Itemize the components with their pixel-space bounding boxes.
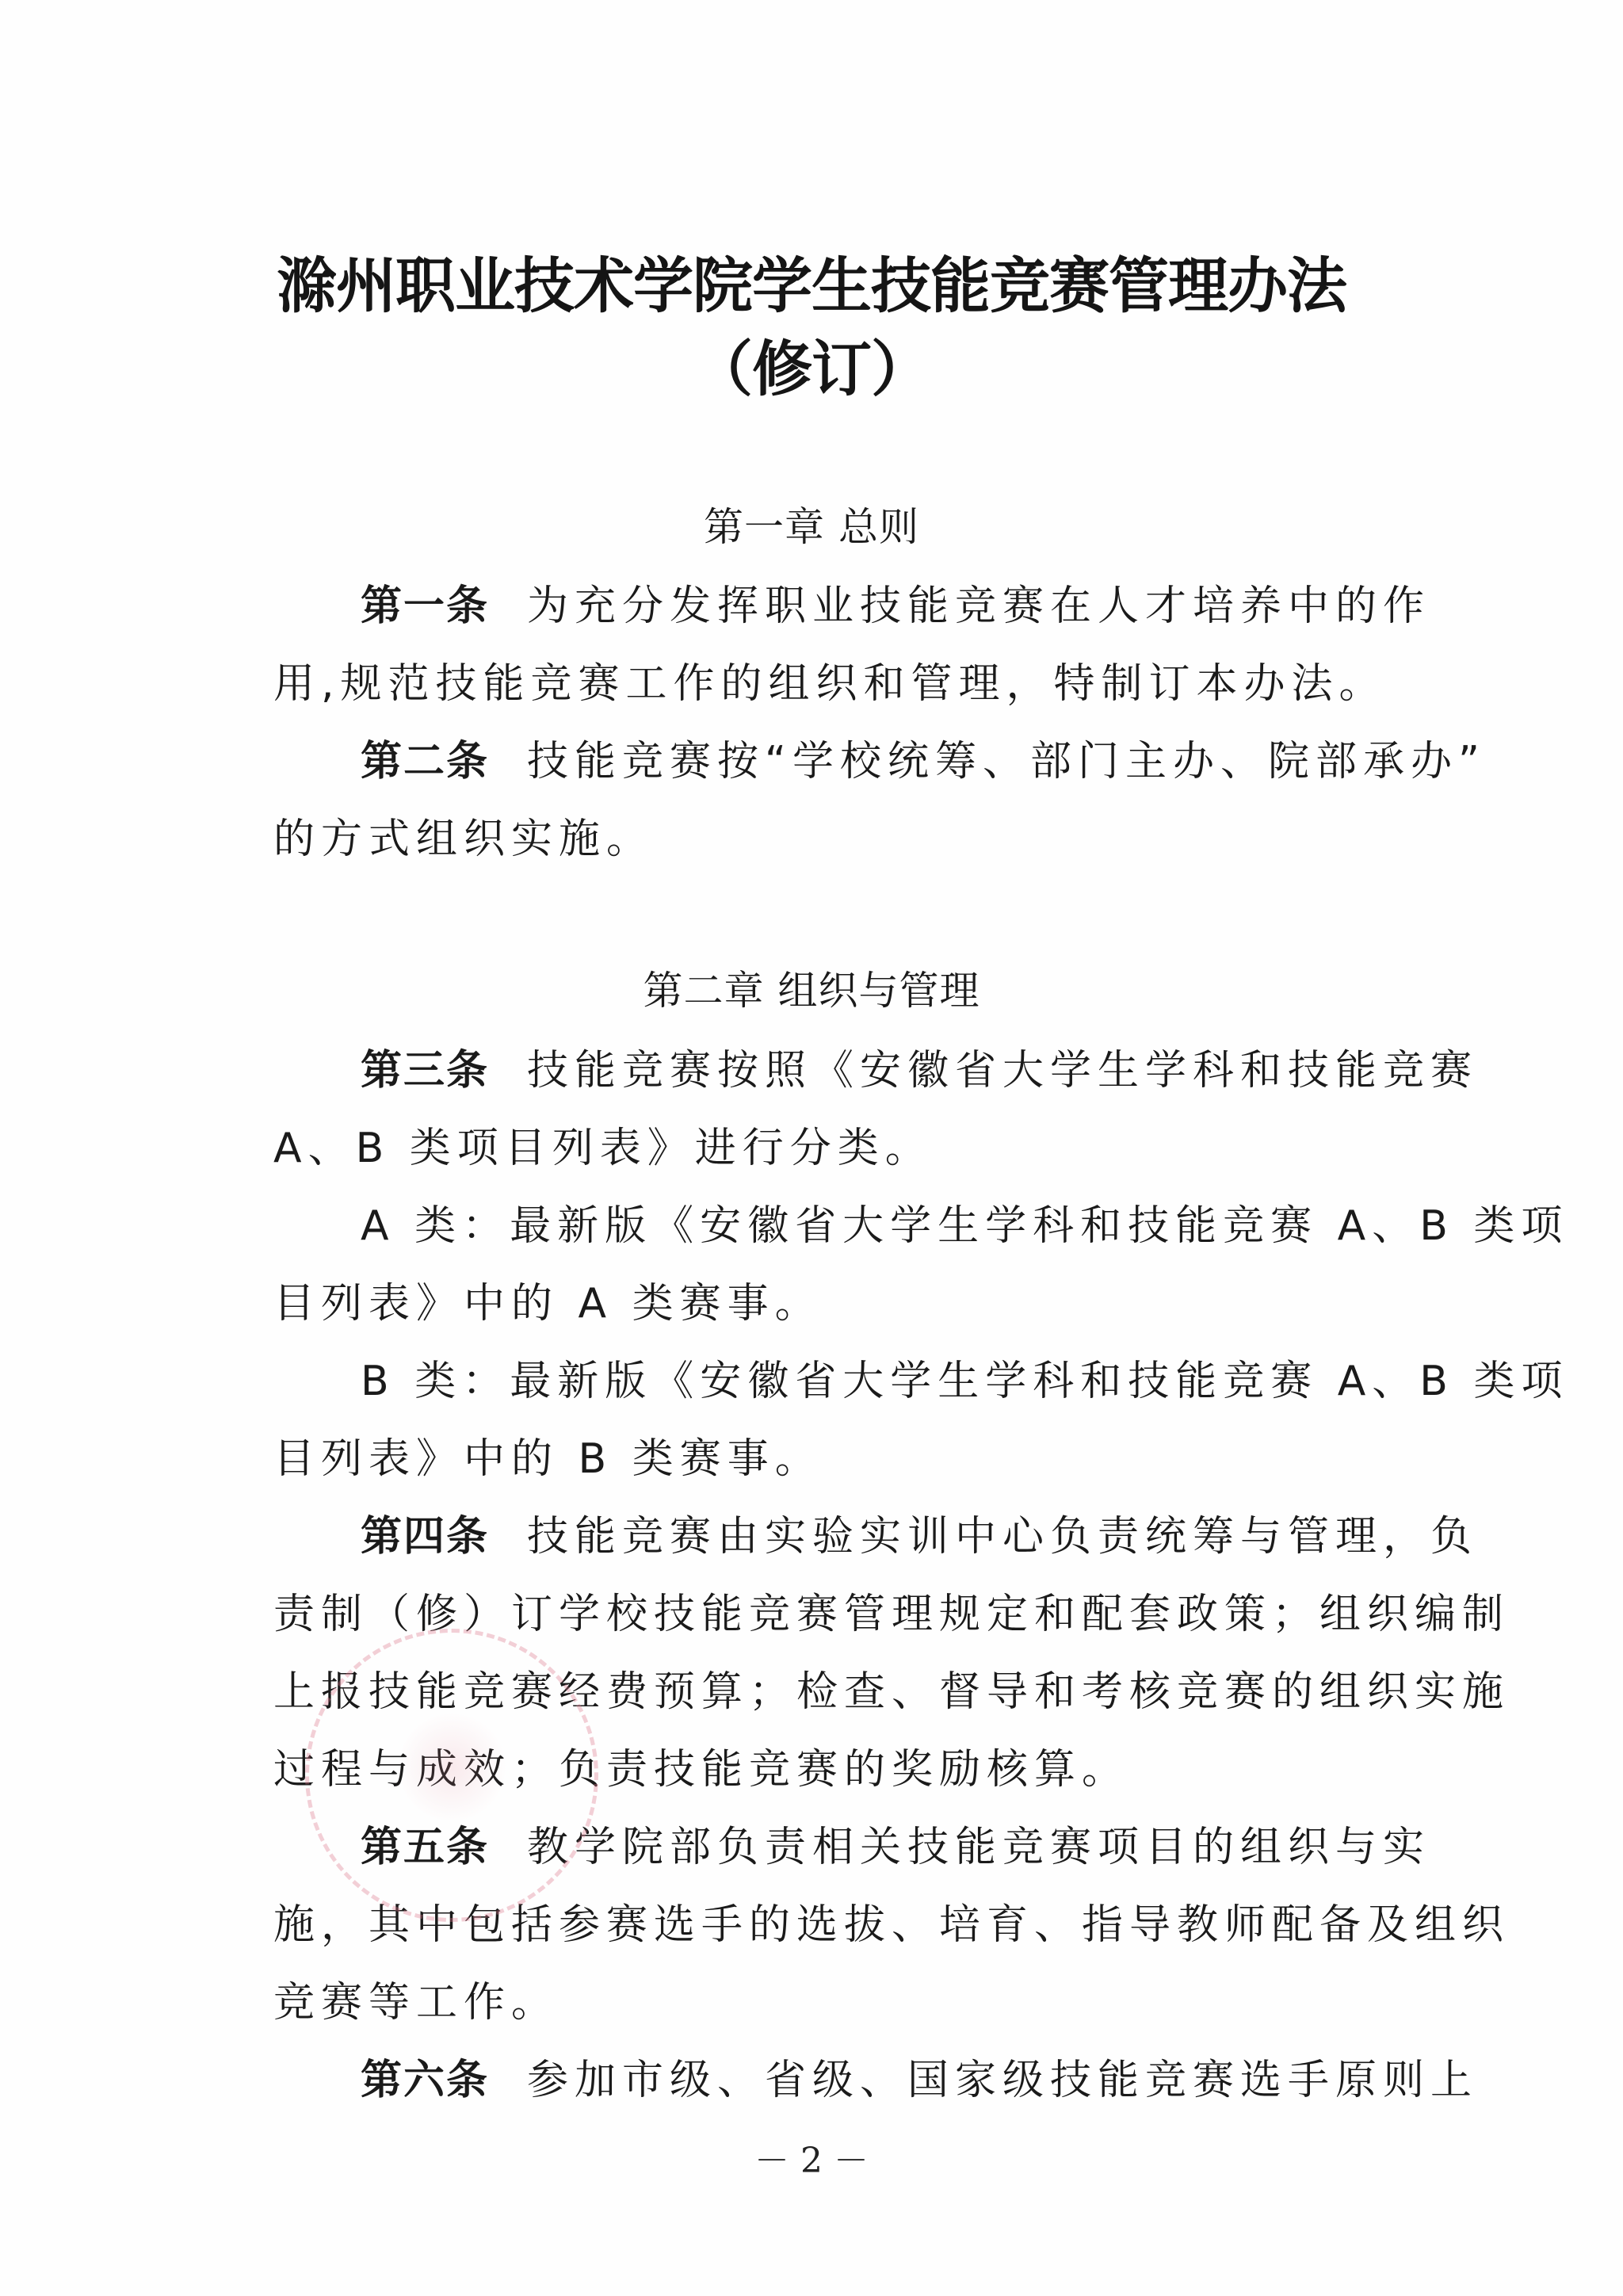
article-text: 教学院部负责相关技能竞赛项目的组织与实 xyxy=(527,1824,1430,1871)
category-a-line-2: 目列表》中的 A 类赛事。 xyxy=(273,1270,823,1329)
article-2-line-1: 第二条技能竞赛按“学校统筹、部门主办、院部承办” xyxy=(361,728,1486,787)
document-subtitle: （修订） xyxy=(0,321,1623,407)
document-page: 滁州职业技术学院学生技能竞赛管理办法 （修订） 第一章 总则 第一条为充分发挥职… xyxy=(0,0,1623,2296)
article-text: 技能竞赛由实验实训中心负责统筹与管理，负 xyxy=(527,1513,1478,1561)
official-seal-stamp xyxy=(305,1629,598,1922)
document-title: 滁州职业技术学院学生技能竞赛管理办法 xyxy=(0,238,1623,324)
category-b-line-2: 目列表》中的 B 类赛事。 xyxy=(273,1425,823,1484)
article-text: 技能竞赛按“学校统筹、部门主办、院部承办” xyxy=(527,738,1486,785)
article-text: 技能竞赛按照《安徽省大学生学科和技能竞赛 xyxy=(527,1047,1478,1095)
article-label: 第一条 xyxy=(361,583,489,630)
article-3-line-1: 第三条技能竞赛按照《安徽省大学生学科和技能竞赛 xyxy=(361,1037,1478,1096)
article-1-line-1: 第一条为充分发挥职业技能竞赛在人才培养中的作 xyxy=(361,572,1430,632)
article-2-line-2: 的方式组织实施。 xyxy=(273,805,654,865)
article-6-line-1: 第六条参加市级、省级、国家级技能竞赛选手原则上 xyxy=(361,2046,1478,2106)
article-label: 第三条 xyxy=(361,1047,489,1095)
article-1-line-2: 用,规范技能竞赛工作的组织和管理，特制订本办法。 xyxy=(273,650,1387,709)
article-text: 为充分发挥职业技能竞赛在人才培养中的作 xyxy=(527,583,1430,630)
article-text: 参加市级、省级、国家级技能竞赛选手原则上 xyxy=(527,2057,1478,2104)
article-4-line-1: 第四条技能竞赛由实验实训中心负责统筹与管理，负 xyxy=(361,1503,1478,1562)
article-label: 第六条 xyxy=(361,2057,489,2104)
chapter-heading-1: 第一章 总则 xyxy=(0,495,1623,552)
category-a-line-1: A 类：最新版《安徽省大学生学科和技能竞赛 A、B 类项 xyxy=(361,1192,1568,1251)
article-5-line-3: 竞赛等工作。 xyxy=(273,1969,559,2028)
article-3-line-2: A、B 类项目列表》进行分类。 xyxy=(273,1114,933,1174)
page-number: － 2 － xyxy=(0,2132,1623,2183)
category-b-line-1: B 类：最新版《安徽省大学生学科和技能竞赛 A、B 类项 xyxy=(361,1347,1569,1407)
article-label: 第二条 xyxy=(361,738,489,785)
chapter-heading-2: 第二章 组织与管理 xyxy=(0,959,1623,1016)
article-label: 第四条 xyxy=(361,1513,489,1561)
